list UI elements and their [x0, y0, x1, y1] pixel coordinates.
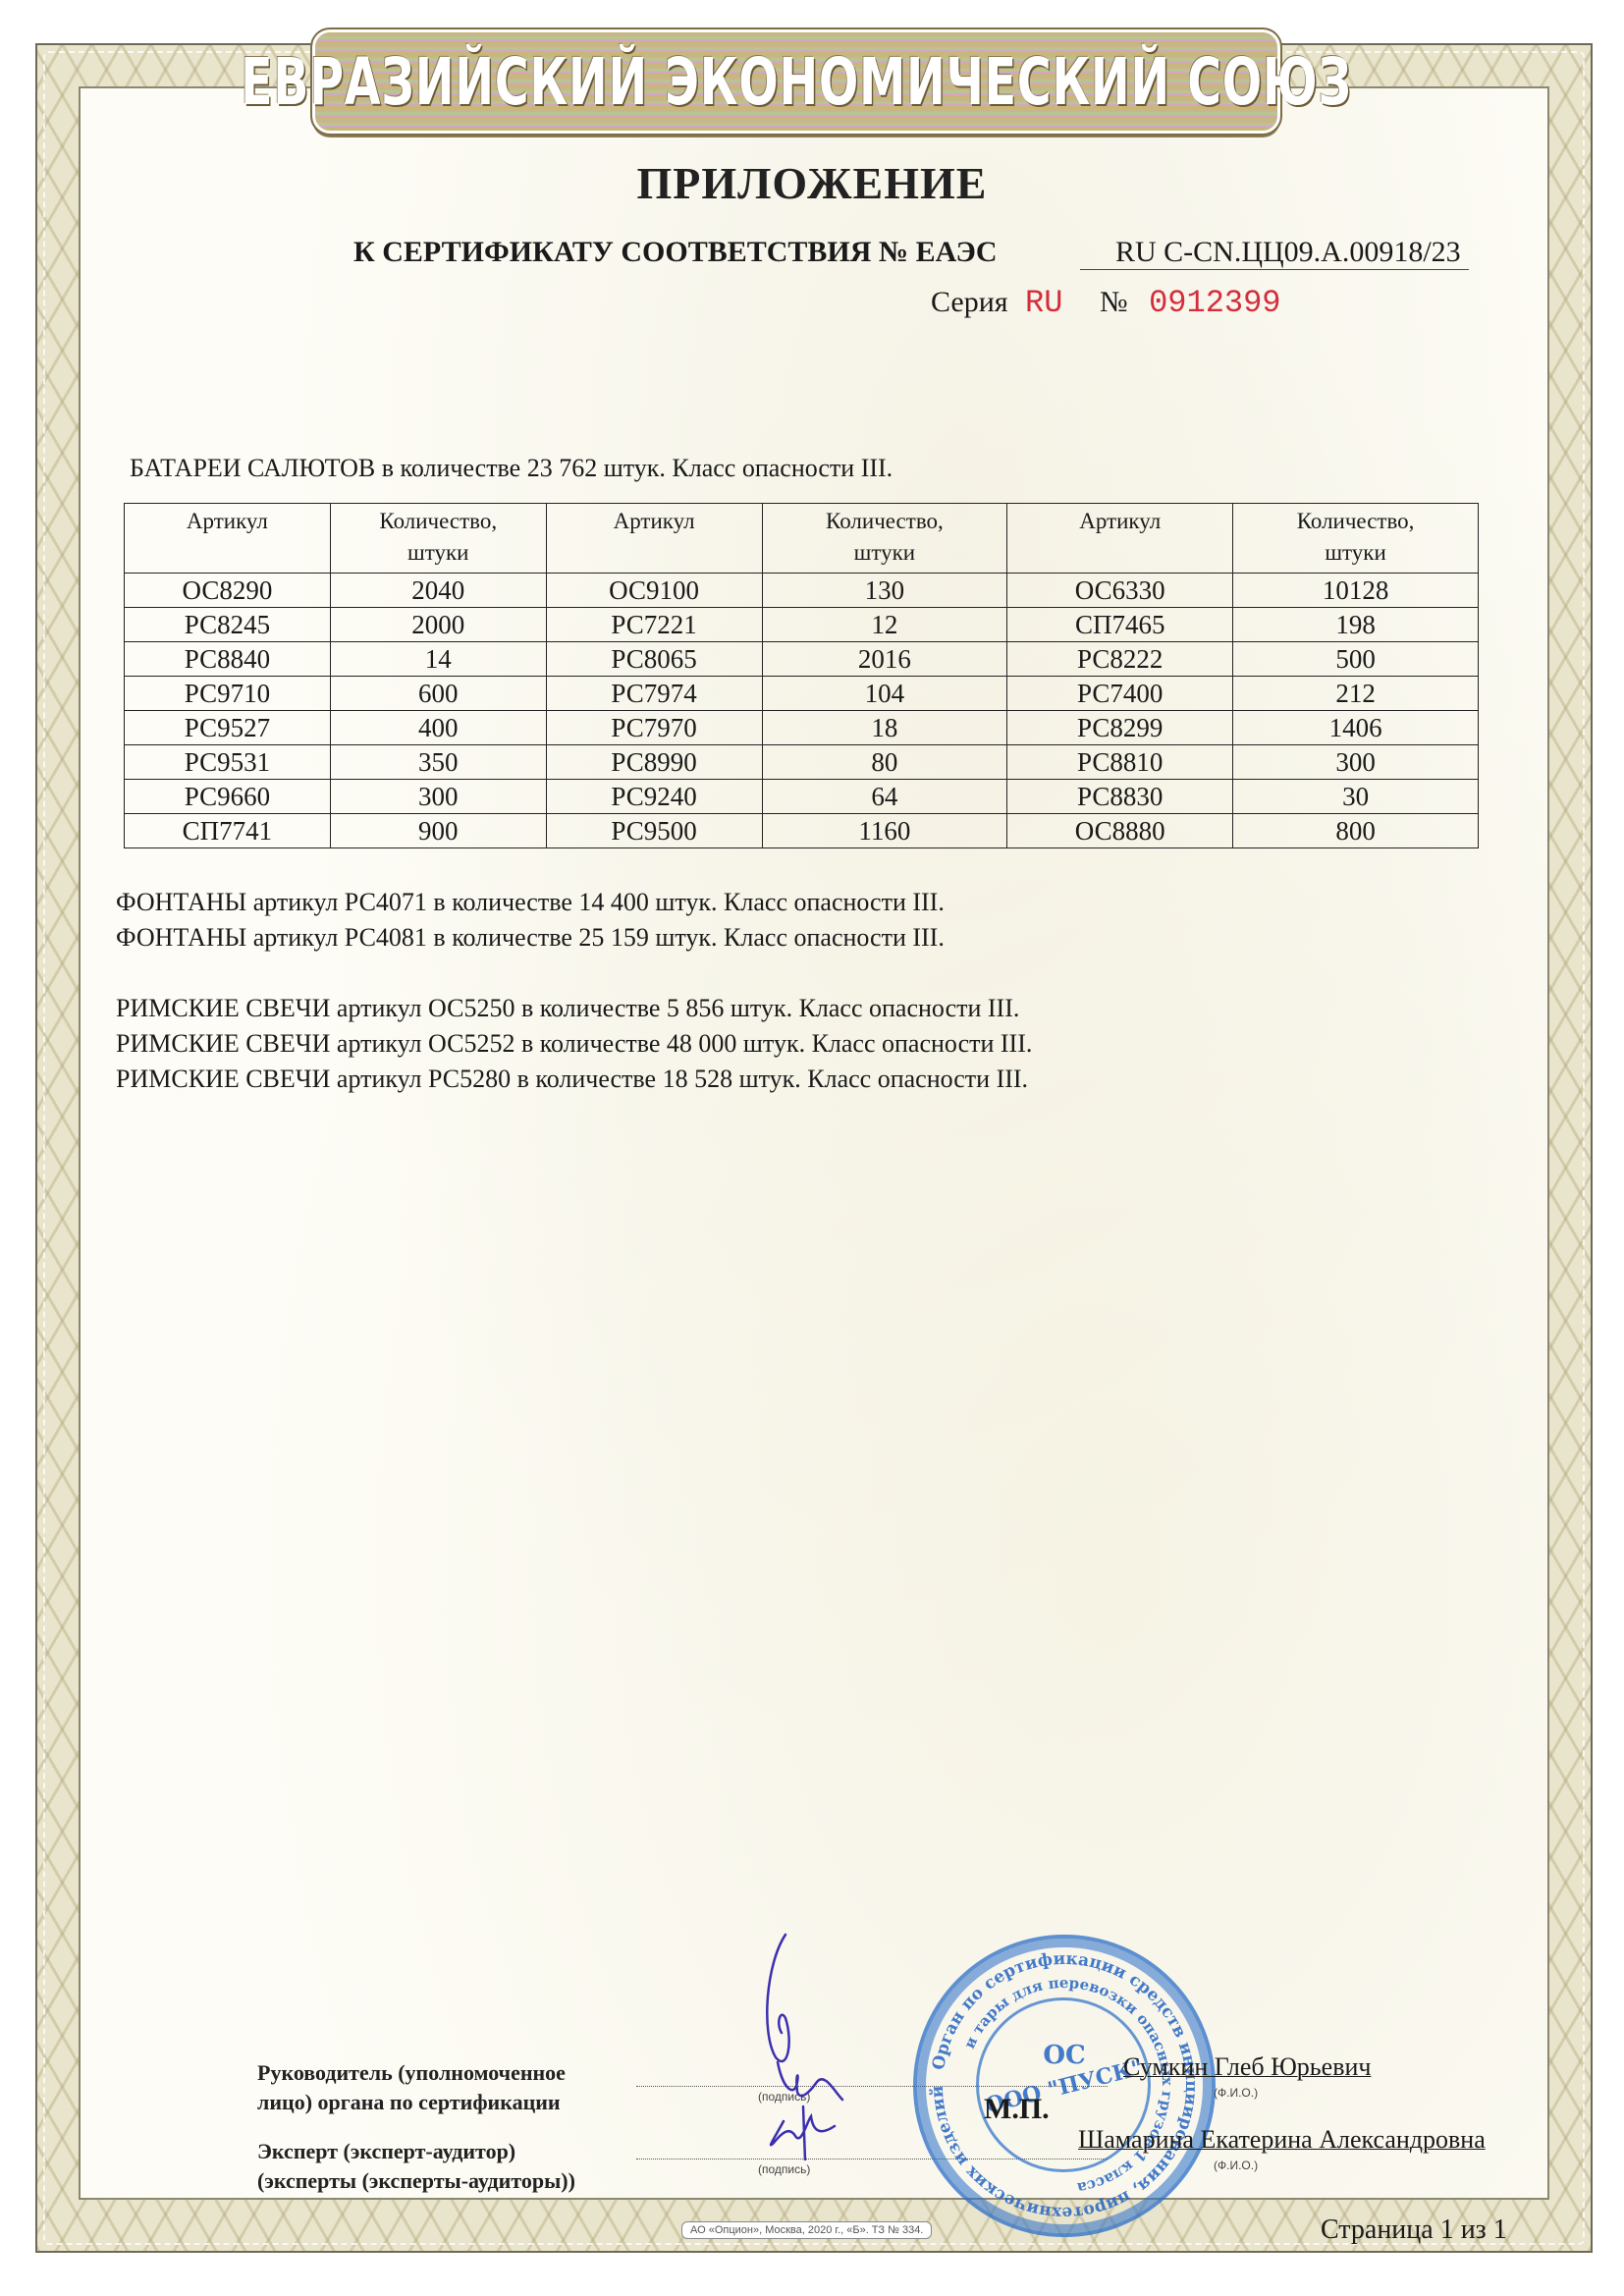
quantity-cell: 600 — [330, 677, 546, 711]
article-cell: РС9240 — [546, 780, 762, 814]
header-banner: ЕВРАЗИЙСКИЙ ЭКОНОМИЧЕСКИЙ СОЮЗ — [312, 29, 1280, 134]
quantity-cell: 500 — [1233, 642, 1479, 677]
quantity-cell: 400 — [330, 711, 546, 745]
article-cell: ОС8880 — [1007, 814, 1233, 848]
expert-label-line: (эксперты (эксперты-аудиторы)) — [257, 2166, 575, 2196]
article-cell: РС8840 — [125, 642, 331, 677]
fountain-line: ФОНТАНЫ артикул РС4081 в количестве 25 1… — [116, 923, 945, 953]
expert-label: Эксперт (эксперт-аудитор) (эксперты (экс… — [257, 2137, 575, 2196]
quantity-cell: 800 — [1233, 814, 1479, 848]
article-cell: РС8810 — [1007, 745, 1233, 780]
article-cell: РС8299 — [1007, 711, 1233, 745]
article-cell: РС7221 — [546, 608, 762, 642]
fountain-line: ФОНТАНЫ артикул РС4071 в количестве 14 4… — [116, 888, 945, 917]
article-cell: РС9527 — [125, 711, 331, 745]
expert-name-text: Шамарина Екатерина Александровна — [1078, 2125, 1486, 2154]
head-signature — [727, 1925, 864, 2160]
page-number: Страница 1 из 1 — [1321, 2214, 1507, 2246]
certificate-label: К СЕРТИФИКАТУ СООТВЕТСТВИЯ № ЕАЭС — [353, 236, 998, 269]
article-cell: РС9710 — [125, 677, 331, 711]
article-cell: РС7970 — [546, 711, 762, 745]
name-caption: (Ф.И.О.) — [1214, 2159, 1258, 2172]
quantity-cell: 64 — [762, 780, 1007, 814]
column-header-line: штуки — [335, 537, 542, 569]
table-row: РС9710600РС7974104РС7400212 — [125, 677, 1479, 711]
quantity-cell: 12 — [762, 608, 1007, 642]
quantity-cell: 300 — [330, 780, 546, 814]
roman-candle-line: РИМСКИЕ СВЕЧИ артикул РС5280 в количеств… — [116, 1065, 1028, 1094]
page-title: ПРИЛОЖЕНИЕ — [0, 157, 1624, 209]
quantity-cell: 2000 — [330, 608, 546, 642]
quantity-cell: 14 — [330, 642, 546, 677]
column-header: Количество,штуки — [330, 504, 546, 574]
column-header-line: Количество, — [335, 506, 542, 537]
article-cell: РС8245 — [125, 608, 331, 642]
batteries-heading: БАТАРЕИ САЛЮТОВ в количестве 23 762 штук… — [130, 454, 893, 483]
series-value: RU — [1025, 285, 1062, 321]
head-label-line: лицо) органа по сертификации — [257, 2088, 566, 2117]
batteries-table: АртикулКоличество,штукиАртикулКоличество… — [124, 503, 1479, 848]
serial-number: 0912399 — [1149, 285, 1280, 321]
seal-stamp: Орган по сертификации средств инициирова… — [913, 1935, 1216, 2237]
table-row: РС9527400РС797018РС82991406 — [125, 711, 1479, 745]
expert-name: Шамарина Екатерина Александровна — [1078, 2125, 1486, 2155]
article-cell: СП7465 — [1007, 608, 1233, 642]
column-header-line: штуки — [767, 537, 1003, 569]
number-label: № — [1100, 286, 1128, 318]
column-header: Артикул — [125, 504, 331, 574]
article-cell: РС8990 — [546, 745, 762, 780]
column-header: Количество,штуки — [762, 504, 1007, 574]
article-cell: РС9500 — [546, 814, 762, 848]
head-label-line: Руководитель (уполномоченное — [257, 2058, 566, 2088]
table-row: СП7741900РС95001160ОС8880800 — [125, 814, 1479, 848]
article-cell: РС8065 — [546, 642, 762, 677]
article-cell: РС8830 — [1007, 780, 1233, 814]
quantity-cell: 130 — [762, 574, 1007, 608]
table-row: РС9660300РС924064РС883030 — [125, 780, 1479, 814]
quantity-cell: 30 — [1233, 780, 1479, 814]
roman-candle-line: РИМСКИЕ СВЕЧИ артикул ОС5252 в количеств… — [116, 1029, 1032, 1059]
article-cell: РС7974 — [546, 677, 762, 711]
series-line: Серия RU № 0912399 — [931, 285, 1281, 321]
quantity-cell: 1406 — [1233, 711, 1479, 745]
head-name-text: Сумкин Глеб Юрьевич — [1123, 2052, 1371, 2081]
table-row: РС82452000РС722112СП7465198 — [125, 608, 1479, 642]
column-header: Количество,штуки — [1233, 504, 1479, 574]
signature-caption: (подпись) — [758, 2162, 810, 2176]
column-header-line: Количество, — [767, 506, 1003, 537]
name-caption: (Ф.И.О.) — [1214, 2086, 1258, 2100]
table-row: ОС82902040ОС9100130ОС633010128 — [125, 574, 1479, 608]
expert-label-line: Эксперт (эксперт-аудитор) — [257, 2137, 575, 2166]
quantity-cell: 10128 — [1233, 574, 1479, 608]
article-cell: ОС9100 — [546, 574, 762, 608]
table-row: РС9531350РС899080РС8810300 — [125, 745, 1479, 780]
column-header-line: Артикул — [1011, 506, 1228, 537]
quantity-cell: 350 — [330, 745, 546, 780]
column-header-line: Количество, — [1237, 506, 1474, 537]
quantity-cell: 198 — [1233, 608, 1479, 642]
roman-candle-line: РИМСКИЕ СВЕЧИ артикул ОС5250 в количеств… — [116, 994, 1019, 1023]
column-header: Артикул — [1007, 504, 1233, 574]
article-cell: ОС8290 — [125, 574, 331, 608]
document-sheet — [79, 86, 1549, 2200]
quantity-cell: 300 — [1233, 745, 1479, 780]
table-row: РС884014РС80652016РС8222500 — [125, 642, 1479, 677]
article-cell: СП7741 — [125, 814, 331, 848]
quantity-cell: 18 — [762, 711, 1007, 745]
article-cell: РС7400 — [1007, 677, 1233, 711]
head-name: Сумкин Глеб Юрьевич — [1123, 2052, 1371, 2082]
quantity-cell: 212 — [1233, 677, 1479, 711]
column-header-line: штуки — [1237, 537, 1474, 569]
series-label: Серия — [931, 286, 1008, 318]
seal-label: М.П. — [984, 2093, 1050, 2126]
printer-imprint: АО «Опцион», Москва, 2020 г., «Б». ТЗ № … — [681, 2221, 932, 2239]
column-header: Артикул — [546, 504, 762, 574]
head-label: Руководитель (уполномоченное лицо) орган… — [257, 2058, 566, 2117]
article-cell: ОС6330 — [1007, 574, 1233, 608]
article-cell: РС9660 — [125, 780, 331, 814]
article-cell: РС8222 — [1007, 642, 1233, 677]
banner-title: ЕВРАЗИЙСКИЙ ЭКОНОМИЧЕСКИЙ СОЮЗ — [241, 44, 1352, 120]
quantity-cell: 900 — [330, 814, 546, 848]
quantity-cell: 2016 — [762, 642, 1007, 677]
quantity-cell: 104 — [762, 677, 1007, 711]
quantity-cell: 80 — [762, 745, 1007, 780]
certificate-number: RU C-CN.ЦЦ09.А.00918/23 — [1080, 236, 1469, 270]
quantity-cell: 2040 — [330, 574, 546, 608]
column-header-line: Артикул — [551, 506, 758, 537]
column-header-line: Артикул — [129, 506, 326, 537]
table-header-row: АртикулКоличество,штукиАртикулКоличество… — [125, 504, 1479, 574]
quantity-cell: 1160 — [762, 814, 1007, 848]
article-cell: РС9531 — [125, 745, 331, 780]
